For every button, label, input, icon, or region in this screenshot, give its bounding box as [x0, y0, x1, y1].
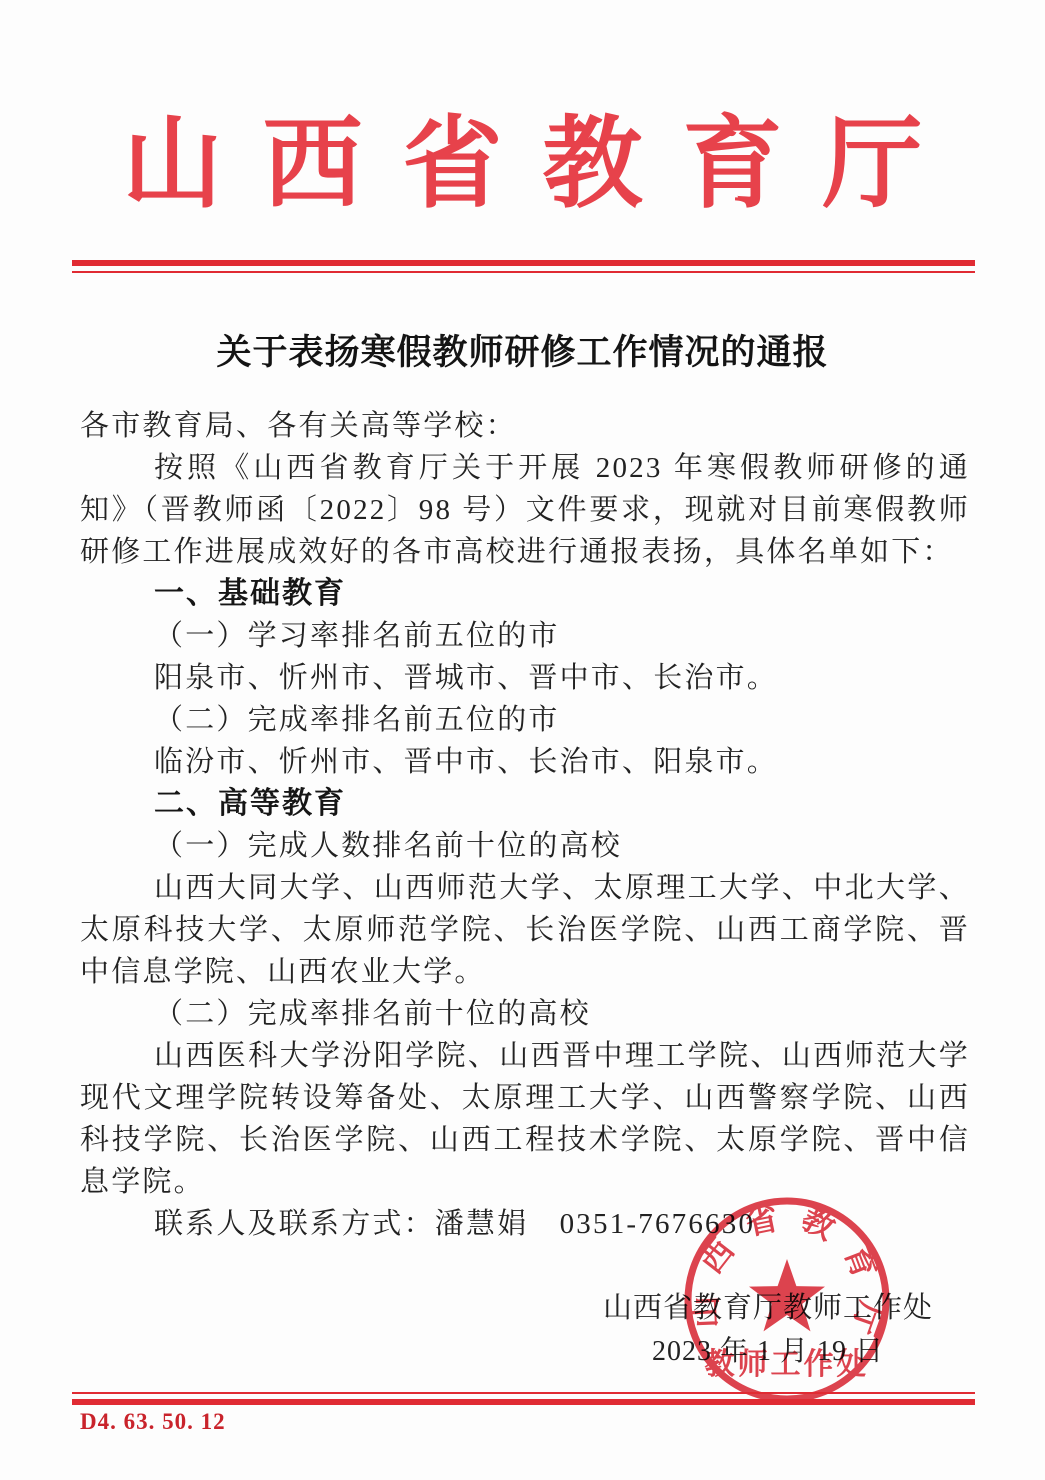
signature-org: 山西省教育厅教师工作处: [603, 1287, 933, 1329]
document-body: 各市教育局、各有关高等学校： 按照《山西省教育厅关于开展 2023 年寒假教师研…: [80, 405, 970, 1245]
contact-line: 联系人及联系方式：潘慧娟 0351-7676630: [80, 1203, 970, 1245]
salutation: 各市教育局、各有关高等学校：: [80, 405, 970, 447]
section-1-item-1-content: 阳泉市、忻州市、晋城市、晋中市、长治市。: [80, 657, 970, 699]
section-1-item-2-content: 临汾市、忻州市、晋中市、长治市、阳泉市。: [80, 741, 970, 783]
header-divider: [72, 260, 975, 273]
section-2-item-1-label: （一）完成人数排名前十位的高校: [80, 825, 970, 867]
header-divider-thin: [72, 271, 975, 273]
section-1-item-2-label: （二）完成率排名前五位的市: [80, 699, 970, 741]
section-1-heading: 一、基础教育: [80, 573, 970, 615]
doc-archive-code: D4. 63. 50. 12: [80, 1409, 226, 1435]
intro-paragraph: 按照《山西省教育厅关于开展 2023 年寒假教师研修的通知》（晋教师函〔2022…: [80, 447, 970, 573]
signature-date: 2023 年 1 月 19 日: [603, 1329, 933, 1375]
section-2-item-2-label: （二）完成率排名前十位的高校: [80, 993, 970, 1035]
section-2-item-2-content: 山西医科大学汾阳学院、山西晋中理工学院、山西师范大学现代文理学院转设筹备处、太原…: [80, 1035, 970, 1203]
letterhead-title: 山西省教育厅: [0, 0, 1045, 218]
header-divider-thick: [72, 260, 975, 266]
document-page: 山西省教育厅 关于表扬寒假教师研修工作情况的通报 各市教育局、各有关高等学校： …: [0, 0, 1045, 1480]
section-2-heading: 二、高等教育: [80, 783, 970, 825]
section-2-item-1-content: 山西大同大学、山西师范大学、太原理工大学、中北大学、太原科技大学、太原师范学院、…: [80, 867, 970, 993]
signature-block: 山西省教育厅教师工作处 2023 年 1 月 19 日: [0, 1287, 933, 1375]
signature-inner: 山西省教育厅教师工作处 2023 年 1 月 19 日: [603, 1287, 933, 1375]
footer-divider-thick: [72, 1399, 975, 1405]
document-title: 关于表扬寒假教师研修工作情况的通报: [0, 325, 1045, 375]
section-1-item-1-label: （一）学习率排名前五位的市: [80, 615, 970, 657]
footer-divider-thin: [72, 1392, 975, 1394]
